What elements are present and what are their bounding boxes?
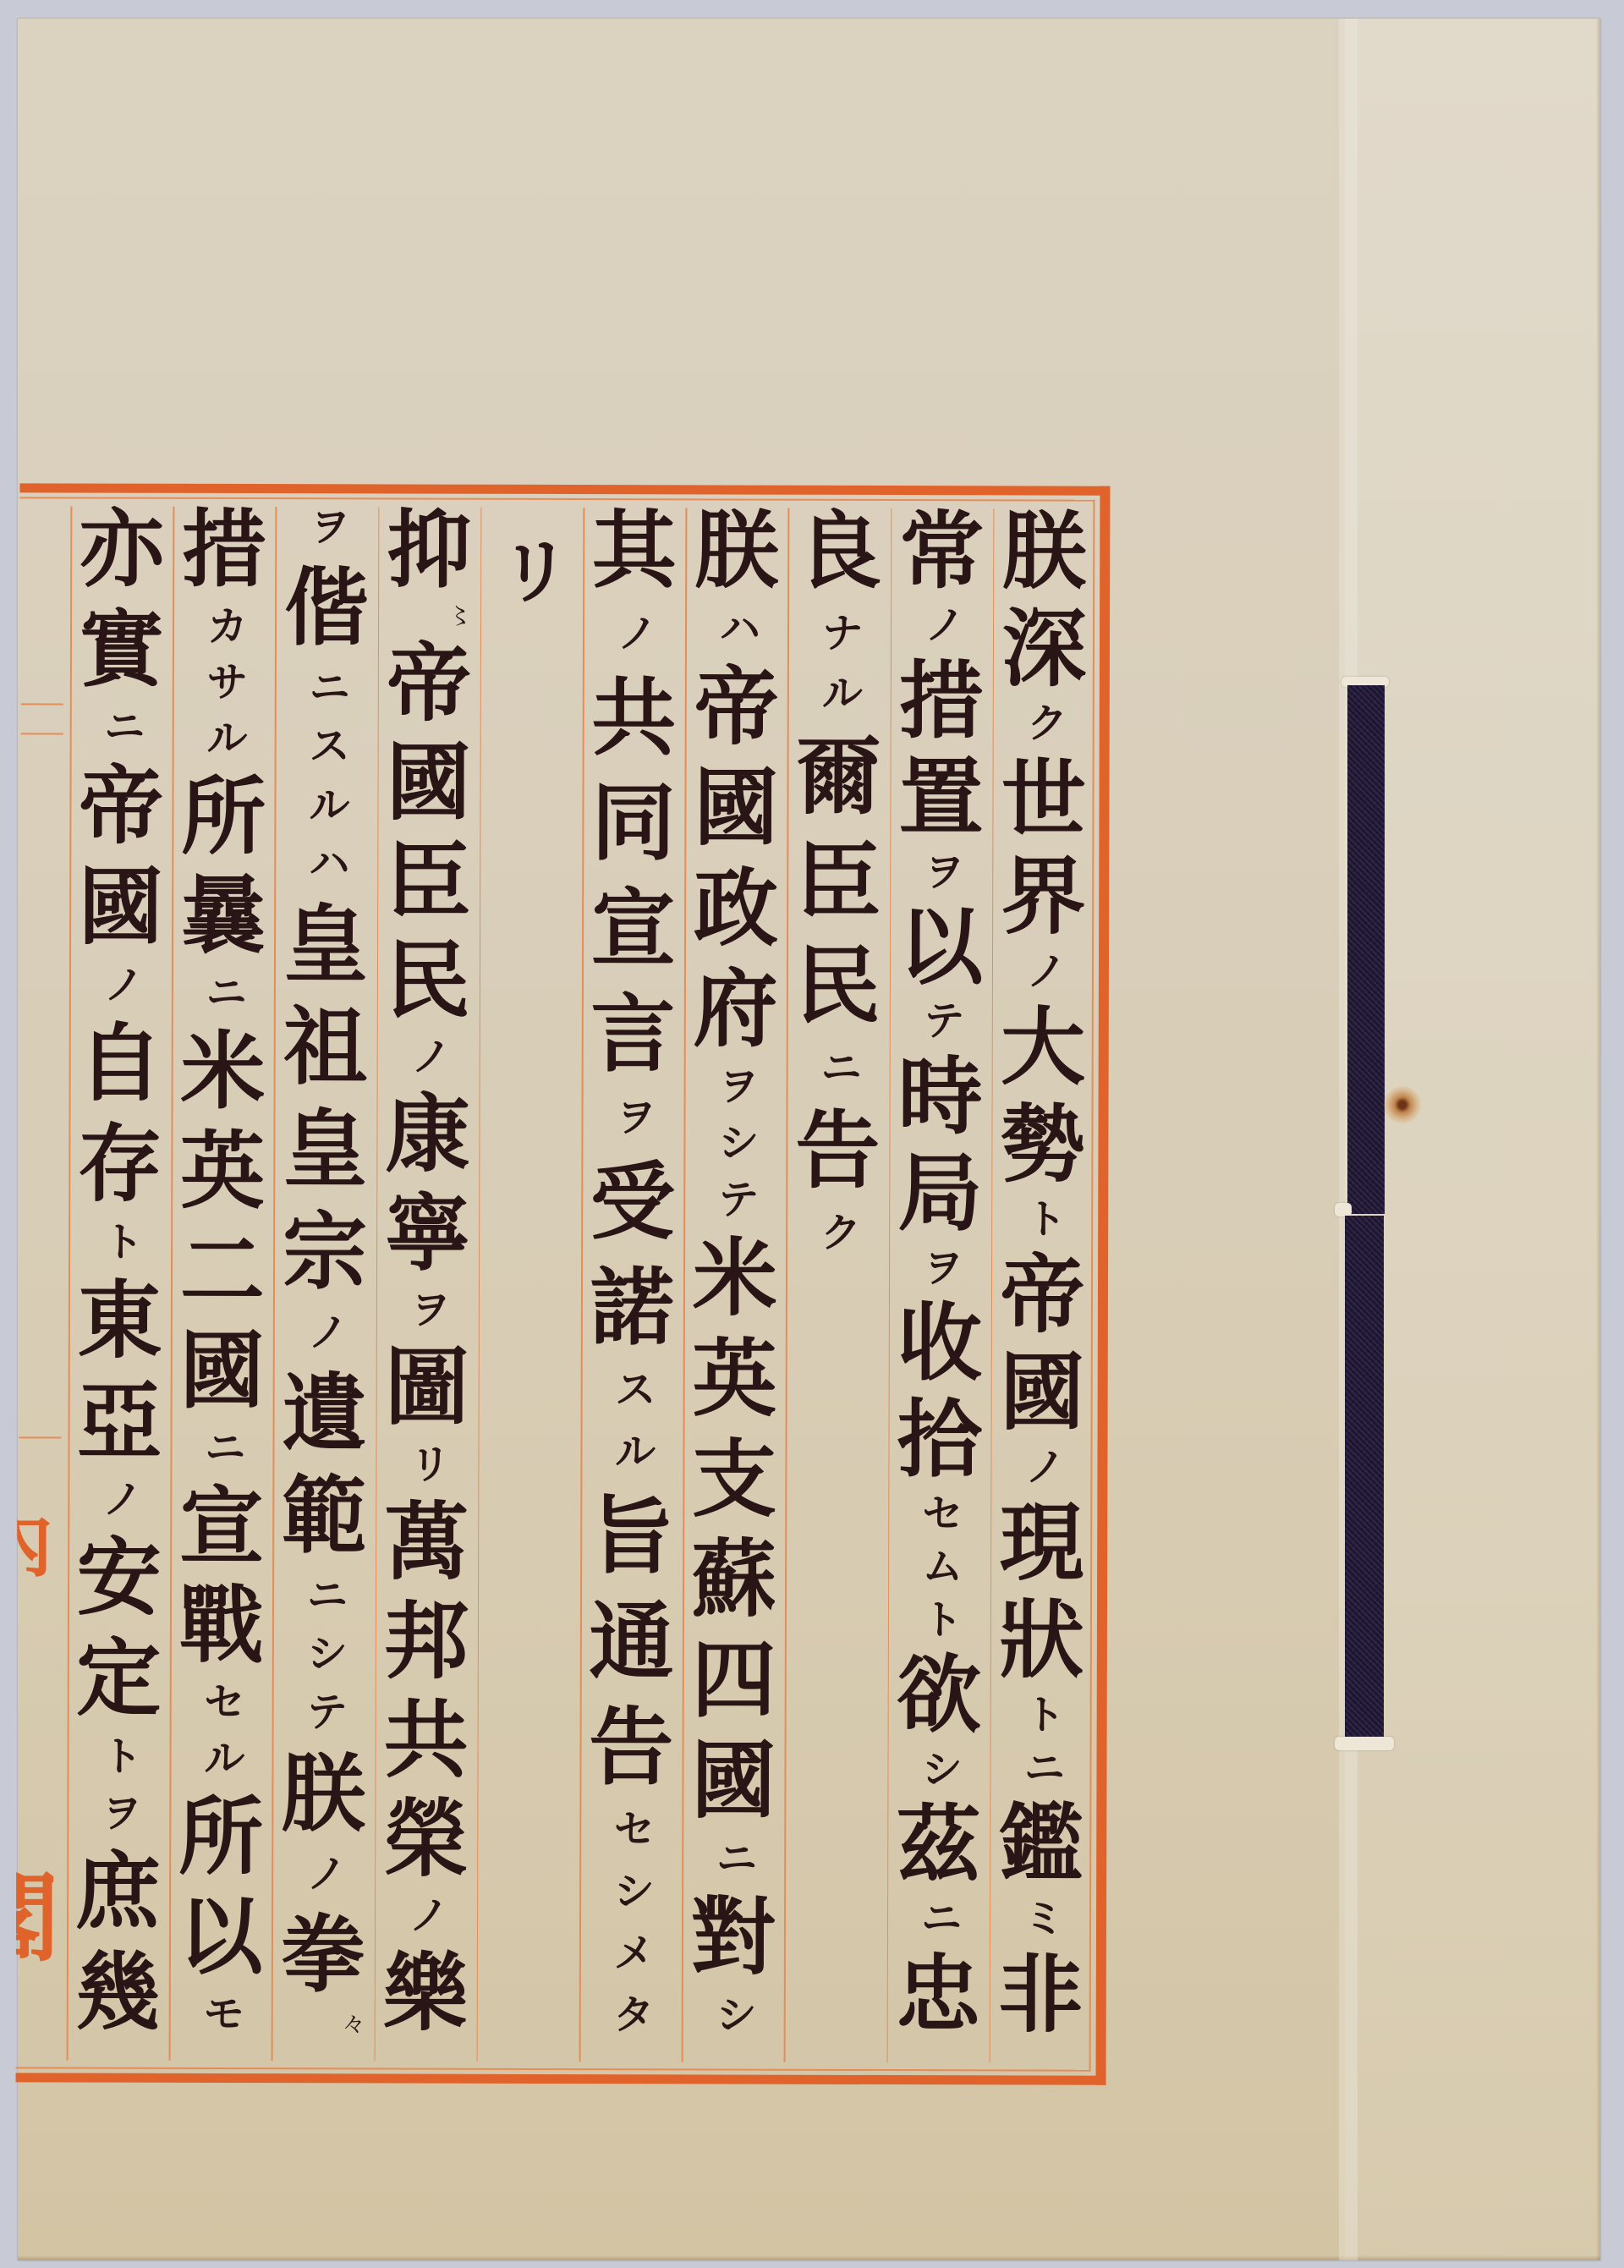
text-column: 抑〻帝國臣民ノ康寧ヲ圖リ萬邦共榮ノ樂	[374, 505, 480, 2036]
character: 非	[998, 1950, 1083, 2038]
character: 勢	[1001, 1100, 1085, 1188]
fold-mark	[21, 703, 63, 705]
binding-hole	[1335, 1203, 1352, 1216]
character: 府	[693, 964, 777, 1052]
character: 寧	[385, 1189, 469, 1277]
character: ク	[820, 1211, 861, 1255]
character: 拾	[897, 1396, 982, 1484]
character: 旨	[590, 1491, 674, 1579]
character: 良	[797, 507, 881, 595]
character: 偕	[284, 563, 369, 651]
character: 東	[77, 1277, 162, 1365]
text-column: 朕ハ帝國政府ヲシテ米英支蘇四國ニ對シ	[682, 506, 788, 2037]
character: 欲	[897, 1650, 981, 1738]
character: 以	[898, 903, 983, 991]
character: ニ	[821, 1046, 862, 1090]
character: テ	[718, 1178, 759, 1222]
fold-mark	[21, 733, 63, 734]
frame-rule-bottom-thin	[16, 2067, 1091, 2071]
character: ル	[615, 1430, 656, 1474]
character: 〻	[448, 605, 472, 629]
character: 々	[342, 2013, 365, 2036]
character: シ	[716, 1993, 756, 2037]
character: 措	[899, 656, 984, 744]
character: 庶	[76, 1848, 161, 1936]
character: 圖	[385, 1343, 469, 1431]
character: 朕	[281, 1749, 365, 1837]
character: ヲ	[101, 1791, 142, 1835]
fold-column-label: 內	[17, 1506, 51, 1584]
character: ニ	[716, 1837, 757, 1881]
character: 二	[180, 1227, 265, 1315]
character: ム	[922, 1545, 963, 1589]
character: セ	[204, 1681, 244, 1725]
character: 亦	[80, 505, 164, 593]
character: 政	[694, 864, 778, 952]
character: 爾	[796, 733, 881, 821]
fold-mark	[19, 1436, 62, 1438]
character: ノ	[103, 963, 144, 1007]
character: ノ	[617, 612, 658, 656]
character: 國	[387, 739, 471, 826]
character: 遺	[282, 1369, 366, 1457]
character: 蘇	[692, 1535, 776, 1623]
character: 受	[590, 1157, 675, 1245]
character: ト	[922, 1598, 963, 1642]
character: シ	[718, 1121, 759, 1165]
character: 亞	[77, 1377, 162, 1465]
character: 現	[999, 1498, 1084, 1586]
character: 宗	[283, 1208, 367, 1296]
rust-stain	[1384, 1086, 1421, 1123]
text-column: 亦實ニ帝國ノ自存ト東亞ノ安定トヲ庶幾	[67, 504, 173, 2035]
text-column: 常ノ措置ヲ以テ時局ヲ收拾セムト欲シ茲ニ忠	[886, 507, 993, 2038]
text-column: 措カサル所曩ニ米英二國ニ宣戰セル所以モ	[169, 505, 276, 2036]
character: カ	[207, 605, 248, 649]
character: 範	[282, 1471, 366, 1559]
character: 忠	[896, 1950, 980, 2038]
character: 安	[77, 1534, 162, 1622]
character: ス	[615, 1368, 656, 1412]
text-column: リ	[480, 533, 583, 626]
character: 大	[1001, 1002, 1085, 1090]
character: ク	[1027, 701, 1067, 745]
character: 共	[591, 673, 676, 761]
character: ミ	[1023, 1897, 1064, 1941]
character: ノ	[102, 1477, 143, 1521]
character: 民	[386, 936, 470, 1024]
character: 告	[589, 1703, 673, 1791]
character: 世	[1001, 755, 1086, 843]
character: 狀	[999, 1595, 1084, 1683]
character: ヲ	[310, 505, 350, 549]
character: シ	[614, 1870, 655, 1914]
character: ヲ	[616, 1096, 656, 1139]
character: 英	[692, 1334, 776, 1422]
character: 局	[897, 1149, 982, 1237]
character: 常	[899, 507, 984, 595]
character: 諾	[590, 1263, 674, 1351]
binding-hole	[1335, 1737, 1394, 1750]
character: ト	[103, 1220, 144, 1264]
frame-rule-right-thick	[1096, 486, 1111, 2085]
character: ナ	[822, 611, 863, 655]
character: 米	[693, 1234, 777, 1322]
character: ル	[822, 672, 863, 716]
character: ニ	[921, 1897, 962, 1941]
character: メ	[613, 1931, 654, 1975]
character: ル	[206, 717, 247, 761]
character: 茲	[896, 1800, 980, 1888]
character: テ	[924, 1000, 964, 1044]
character: ル	[204, 1737, 244, 1781]
character: 實	[79, 605, 163, 693]
character: 抑	[387, 505, 471, 593]
character: 收	[897, 1299, 982, 1387]
text-column: ヲ偕ニスルハ皇祖皇宗ノ遺範ニシテ朕ノ拳々	[272, 505, 378, 2036]
character: 深	[1001, 604, 1086, 692]
character: 祖	[283, 1002, 368, 1090]
character: 米	[180, 1027, 265, 1115]
character: 共	[384, 1695, 469, 1783]
character: ヲ	[923, 1246, 963, 1290]
character: 曩	[181, 871, 266, 959]
character: 鑑	[999, 1799, 1084, 1887]
character: 宣	[179, 1481, 264, 1569]
character: 榮	[383, 1794, 468, 1882]
character: 言	[590, 990, 675, 1078]
character: 臣	[386, 837, 470, 925]
character: 存	[78, 1119, 162, 1207]
character: ニ	[1024, 1746, 1065, 1790]
character: 所	[178, 1793, 263, 1881]
character: 國	[79, 862, 163, 950]
character: 朕	[694, 506, 779, 594]
character: ニ	[310, 667, 350, 711]
character: 國	[691, 1736, 776, 1824]
character: 同	[591, 779, 676, 867]
character: 帝	[387, 640, 471, 728]
character: ノ	[411, 1035, 452, 1079]
character: ノ	[1025, 1445, 1066, 1489]
character: 英	[180, 1127, 265, 1215]
binding-cord	[1345, 1216, 1384, 1738]
character: 皇	[283, 1105, 367, 1193]
character: ハ	[309, 842, 349, 886]
frame-rule-bottom-thick	[16, 2073, 1106, 2084]
character: 以	[178, 1892, 263, 1980]
character: タ	[613, 1993, 654, 2037]
character: ヲ	[410, 1288, 451, 1332]
character: 臣	[796, 837, 881, 925]
character: ニ	[307, 1573, 348, 1617]
character: ヲ	[718, 1065, 759, 1109]
character: リ	[410, 1442, 451, 1486]
character: ト	[1024, 1693, 1065, 1737]
character: ハ	[720, 607, 760, 651]
character: セ	[922, 1492, 963, 1536]
character: ヲ	[924, 850, 964, 894]
character: 皇	[283, 900, 368, 988]
character: 國	[694, 764, 778, 852]
character: 戰	[179, 1581, 264, 1669]
character: ノ	[1026, 949, 1067, 993]
character: ニ	[206, 971, 247, 1015]
character: 拳	[281, 1910, 365, 1998]
character: 邦	[384, 1596, 469, 1684]
text-column: 良ナル爾臣民ニ告ク	[786, 507, 891, 1255]
character: ノ	[306, 1852, 347, 1896]
fold-column-label: 閣	[16, 1870, 53, 1978]
character: 置	[899, 753, 984, 841]
character: 通	[589, 1597, 673, 1685]
character: セ	[614, 1809, 655, 1853]
character: 朕	[1002, 507, 1087, 595]
character: リ	[499, 533, 570, 611]
character: サ	[207, 661, 248, 705]
character: シ	[922, 1748, 963, 1792]
character: ノ	[308, 1310, 348, 1354]
character: モ	[203, 1992, 244, 2036]
character: 告	[795, 1107, 880, 1194]
character: 對	[691, 1893, 776, 1981]
character: ト	[101, 1734, 142, 1778]
character: 支	[692, 1435, 776, 1523]
character: ノ	[409, 1893, 449, 1937]
character: 自	[78, 1019, 162, 1107]
character: シ	[307, 1632, 348, 1676]
character: 四	[691, 1636, 776, 1724]
character: 時	[898, 1052, 983, 1140]
character: 定	[76, 1634, 161, 1722]
character: 措	[182, 505, 266, 593]
character: 所	[181, 772, 266, 859]
character: 帝	[1000, 1250, 1084, 1338]
character: ノ	[924, 604, 965, 648]
character: 幾	[75, 1947, 160, 2035]
fold-label-char: 閣	[16, 1870, 53, 1966]
character: 帝	[79, 762, 163, 850]
character: 宣	[591, 884, 676, 972]
character: 樂	[383, 1948, 468, 2036]
character: ス	[310, 725, 350, 769]
character: 萬	[384, 1497, 469, 1585]
character: 其	[592, 506, 677, 594]
character: ニ	[205, 1426, 245, 1470]
character: 帝	[694, 663, 778, 751]
fold-label-char: 內	[17, 1506, 51, 1580]
character: 康	[386, 1090, 470, 1178]
character: ル	[309, 783, 349, 827]
character: テ	[307, 1691, 348, 1735]
frame-rule-top-thick	[19, 483, 1110, 495]
character: 國	[179, 1326, 264, 1414]
text-column: 其ノ共同宣言ヲ受諾スル旨通告セシメタ	[579, 506, 686, 2037]
binding-cord	[1347, 685, 1385, 1214]
character: ニ	[104, 706, 145, 750]
character: ト	[1026, 1197, 1067, 1241]
character: 民	[796, 942, 881, 1030]
character: 國	[1000, 1348, 1084, 1436]
character: 界	[1001, 852, 1085, 940]
text-column: 朕深ク世界ノ大勢ト帝國ノ現狀トニ鑑ミ非	[989, 507, 1095, 2038]
